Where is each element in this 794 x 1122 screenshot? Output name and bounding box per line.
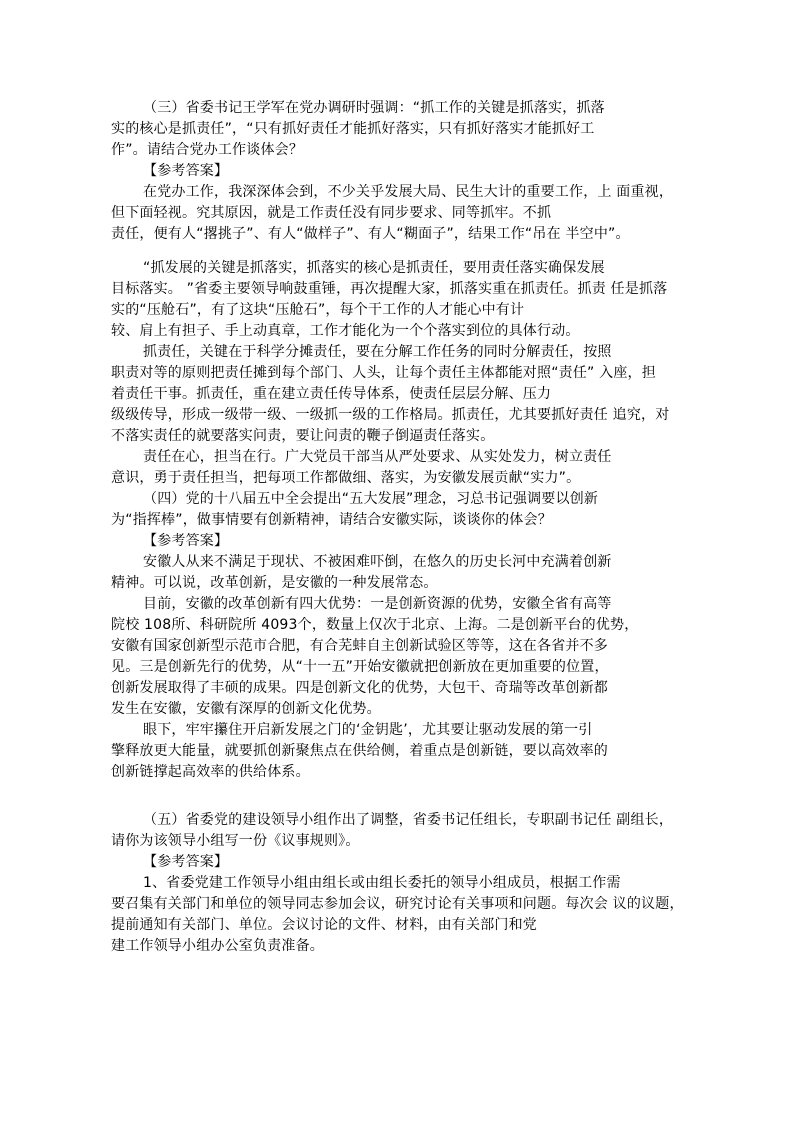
text-line: 责任，便有人“撂挑子”、有人“做样子”、有人“糊面子”，结果工作“吊在 半空中”… (111, 224, 630, 244)
text-line: 提前通知有关部门、单位。会议讨论的文件、材料，由有关部门和党 (111, 915, 537, 935)
text-line: 【参考答案】 (143, 531, 228, 551)
text-line: 发生在安徽，安徽有深厚的创新文化优势。 (111, 699, 381, 719)
text-line: 着责任干事。抓责任，重在建立责任传导体系，使责任层层分解、压力 (111, 384, 551, 404)
text-line: 目前，安徽的改革创新有四大优势：一是创新资源的优势，安徽全省有高等 (143, 594, 612, 614)
text-line: 精神。可以说，改革创新，是安徽的一种发展常态。 (111, 573, 438, 593)
text-line: 意识，勇于责任担当，把每项工作都做细、落实，为安徽发展贡献“实力”。 (111, 468, 580, 488)
text-line: 院校 108所、科研院所 4093个，数量上仅次于北京、上海。二是创新平台的优势… (111, 615, 638, 635)
text-line: “抓发展的关键是抓落实，抓落实的核心是抓责任，要用责任落实确保发展 (143, 258, 605, 278)
text-line: 级级传导，形成一级带一级、一级抓一级的工作格局。抓责任，尤其要抓好责任 追究，对 (111, 405, 669, 425)
text-line: 目标落实。 ”省委主要领导响鼓重锤，再次提醒大家，抓落实重在抓责任。抓责 任是抓… (111, 279, 667, 299)
text-line: 职责对等的原则把责任摊到每个部门、人头，让每个责任主体都能对照“责任” 入座，担 (111, 363, 656, 383)
text-line: 创新链撑起高效率的供给体系。 (111, 762, 310, 782)
text-line: （五）省委党的建设领导小组作出了调整，省委书记任组长，专职副书记任 副组长， (143, 810, 673, 830)
text-line: 建工作领导小组办公室负责准备。 (111, 936, 324, 956)
text-line: 作”。请结合党办工作谈体会？ (111, 140, 303, 160)
text-line: 要召集有关部门和单位的领导同志参加会议，研究讨论有关事项和问题。每次会 议的议题… (111, 894, 684, 914)
text-line: 见。三是创新先行的优势，从“十一五”开始安徽就把创新放在更加重要的位置， (111, 657, 609, 677)
text-line: 擎释放更大能量，就要抓创新聚焦点在供给侧，着重点是创新链，要以高效率的 (111, 741, 608, 761)
text-line: 眼下，牢牢攥住开启新发展之门的‘金钥匙’，尤其要让驱动发展的第一引 (143, 720, 593, 740)
document-page: （三）省委书记王学军在党办调研时强调：“抓工作的关键是抓落实，抓落实的核心是抓责… (0, 0, 794, 1122)
text-line: 安徽人从来不满足于现状、不被困难吓倒，在悠久的历史长河中充满着创新 (143, 552, 612, 572)
text-line: 创新发展取得了丰硕的成果。四是创新文化的优势，大包干、奇瑞等改革创新都 (111, 678, 608, 698)
text-line: 较、肩上有担子、手上动真章，工作才能化为一个个落实到位的具体行动。 (111, 321, 580, 341)
text-line: 1、省委党建工作领导小组由组长或由组长委托的领导小组成员，根据工作需 (143, 873, 621, 893)
text-line: 实的核心是抓责任”，“只有抓好责任才能抓好落实，只有抓好落实才能抓好工 (111, 119, 595, 139)
text-line: 责任在心，担当在行。广大党员干部当从严处要求、从实处发力，树立责任 (143, 447, 612, 467)
text-line: 请你为该领导小组写一份《议事规则》。 (111, 831, 360, 851)
text-line: 安徽有国家创新型示范市合肥，有合芜蚌自主创新试验区等等，这在各省并不多 (111, 636, 608, 656)
text-line: 但下面轻视。究其原因，就是工作责任没有同步要求、同等抓牢。不抓 (111, 203, 551, 223)
text-line: 在党办工作，我深深体会到，不少关乎发展大局、民生大计的重要工作，上 面重视， (143, 182, 673, 202)
text-line: （四）党的十八届五中全会提出“五大发展”理念，习总书记强调要以创新 (143, 489, 598, 509)
text-line: 实的“压舱石”，有了这块“压舱石”，每个干工作的人才能心中有计 (111, 300, 524, 320)
text-line: 抓责任，关键在于科学分摊责任，要在分解工作任务的同时分解责任，按照 (143, 342, 612, 362)
text-line: 不落实责任的就要落实问责，要让问责的鞭子倒逼责任落实。 (111, 426, 494, 446)
text-line: 为“指挥棒”，做事情要有创新精神，请结合安徽实际，谈谈你的体会？ (111, 510, 552, 530)
text-line: 【参考答案】 (143, 852, 228, 872)
text-line: 【参考答案】 (143, 161, 228, 181)
text-line: （三）省委书记王学军在党办调研时强调：“抓工作的关键是抓落实，抓落 (143, 98, 605, 118)
